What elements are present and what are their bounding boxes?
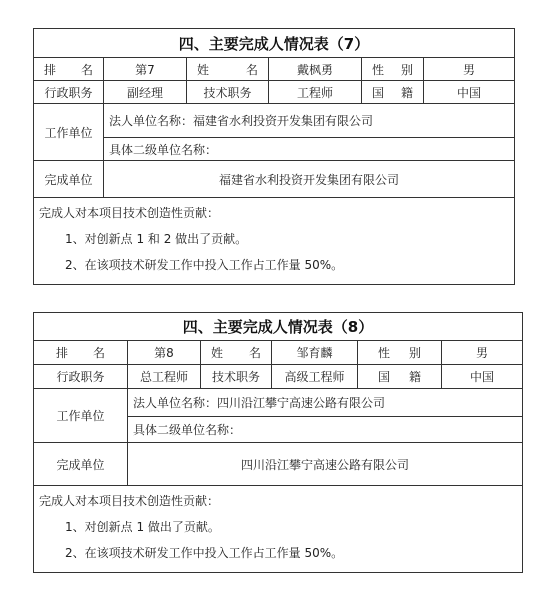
tech-title-value: 工程师 (269, 81, 362, 104)
admin-title-value: 副经理 (104, 81, 187, 104)
contribution-section: 完成人对本项目技术创造性贡献： 1、对创新点 1 做出了贡献。 2、在该项技术研… (34, 486, 523, 573)
rank-value: 第7 (104, 58, 187, 81)
tech-title-label: 技术职务 (201, 365, 272, 389)
sub-unit-name: 具体二级单位名称： (128, 417, 523, 443)
completion-unit-value: 福建省水利投资开发集团有限公司 (104, 161, 515, 198)
rank-value: 第8 (128, 341, 201, 365)
contribution-item: 2、在该项技术研发工作中投入工作占工作量 50%。 (39, 254, 509, 280)
sub-unit-name: 具体二级单位名称： (104, 138, 515, 161)
work-unit-label: 工作单位 (34, 104, 104, 161)
contribution-item: 1、对创新点 1 做出了贡献。 (39, 516, 517, 542)
admin-title-value: 总工程师 (128, 365, 201, 389)
nationality-value: 中国 (442, 365, 523, 389)
name-label: 姓名 (201, 341, 272, 365)
completion-unit-label: 完成单位 (34, 161, 104, 198)
completion-unit-value: 四川沿江攀宁高速公路有限公司 (128, 443, 523, 486)
admin-title-label: 行政职务 (34, 365, 128, 389)
rank-label: 排名 (34, 341, 128, 365)
name-value: 邹育麟 (272, 341, 358, 365)
table-title: 四、主要完成人情况表（8） (34, 313, 523, 341)
completer-table-8: 四、主要完成人情况表（8） 排名 第8 姓名 邹育麟 性别 男 行政职务 总工程… (33, 312, 523, 573)
contribution-item: 1、对创新点 1 和 2 做出了贡献。 (39, 228, 509, 254)
table-title: 四、主要完成人情况表（7） (34, 29, 515, 58)
name-value: 戴枫勇 (269, 58, 362, 81)
completer-table-7: 四、主要完成人情况表（7） 排名 第7 姓名 戴枫勇 性别 男 行政职务 副经理… (33, 28, 515, 285)
gender-value: 男 (424, 58, 515, 81)
work-unit-label: 工作单位 (34, 389, 128, 443)
tech-title-value: 高级工程师 (272, 365, 358, 389)
contribution-item: 2、在该项技术研发工作中投入工作占工作量 50%。 (39, 542, 517, 568)
nationality-label: 国籍 (362, 81, 424, 104)
completion-unit-label: 完成单位 (34, 443, 128, 486)
tech-title-label: 技术职务 (187, 81, 269, 104)
gender-label: 性别 (362, 58, 424, 81)
contribution-heading: 完成人对本项目技术创造性贡献： (39, 490, 517, 516)
contribution-section: 完成人对本项目技术创造性贡献： 1、对创新点 1 和 2 做出了贡献。 2、在该… (34, 198, 515, 285)
admin-title-label: 行政职务 (34, 81, 104, 104)
nationality-value: 中国 (424, 81, 515, 104)
name-label: 姓名 (187, 58, 269, 81)
gender-value: 男 (442, 341, 523, 365)
legal-unit-name: 法人单位名称：四川沿江攀宁高速公路有限公司 (128, 389, 523, 417)
gender-label: 性别 (358, 341, 442, 365)
contribution-heading: 完成人对本项目技术创造性贡献： (39, 202, 509, 228)
rank-label: 排名 (34, 58, 104, 81)
nationality-label: 国籍 (358, 365, 442, 389)
legal-unit-name: 法人单位名称：福建省水利投资开发集团有限公司 (104, 104, 515, 138)
